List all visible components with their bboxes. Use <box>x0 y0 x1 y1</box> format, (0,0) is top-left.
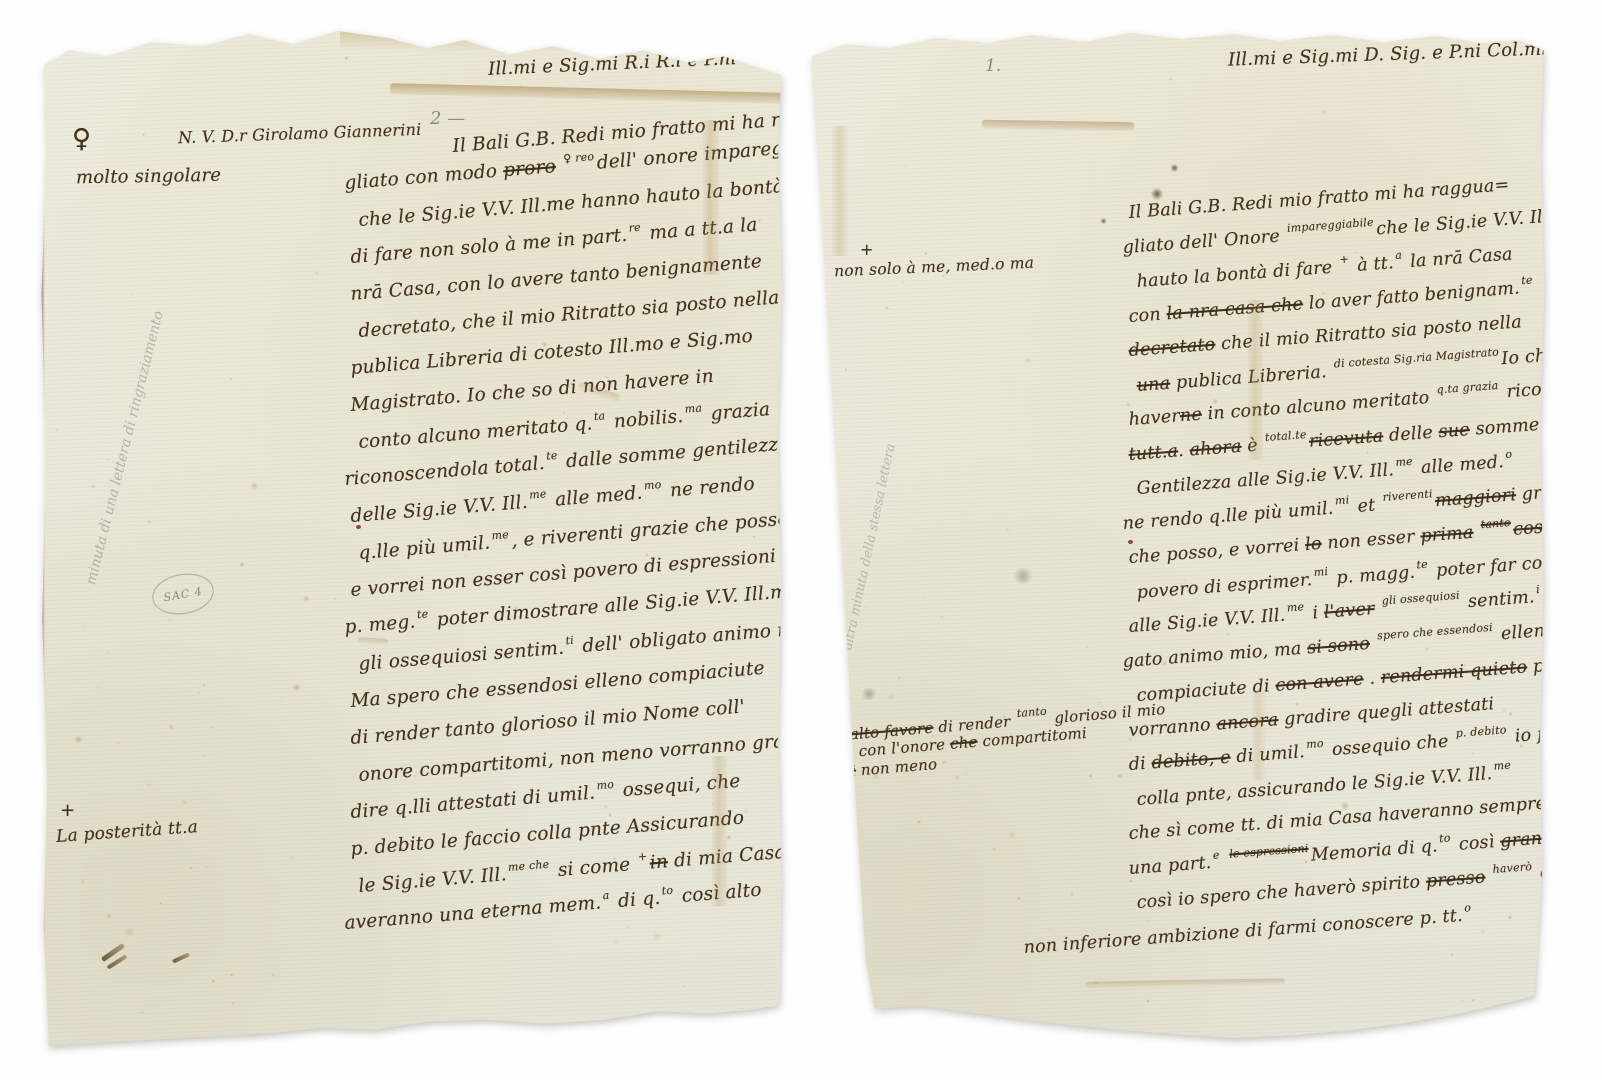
foxing-spot <box>80 879 84 884</box>
foxing-spot <box>231 1001 235 1006</box>
tape-strip <box>832 126 848 256</box>
foxing-spot <box>159 902 162 905</box>
word: delle Sig.ie V.V. Ill. <box>350 492 529 527</box>
word: hanno <box>1575 200 1602 224</box>
foxing-spot <box>703 382 707 387</box>
word: p. meg. <box>344 611 417 638</box>
word: dell' obbli. <box>1542 579 1602 606</box>
struck-word: contro <box>1562 340 1602 364</box>
foxing-spot <box>1322 292 1325 295</box>
pencil-page-number: 1. <box>985 56 1001 76</box>
foxing-spot <box>281 697 284 699</box>
struck-word: la nra casa che <box>1166 294 1304 324</box>
foxing-spot <box>711 802 715 805</box>
foxing-spot <box>1519 744 1523 748</box>
inserted-word: tanto <box>1480 516 1511 531</box>
inserted-word: me <box>529 487 547 501</box>
foxing-spot <box>1461 999 1464 1002</box>
word: che le Sig.ie V.V. Ill. <box>1376 206 1555 239</box>
foxing-spot <box>753 535 756 538</box>
foxing-spot <box>614 939 618 944</box>
manuscript-page-left-wrap: Ill.mi e Sig.mi R.i R.i e P.ni Col.mi 2 … <box>40 28 784 1048</box>
foxing-spot <box>1146 999 1150 1003</box>
inserted-word: ♀ reo <box>563 150 595 165</box>
foxing-spot <box>542 342 547 347</box>
foxing-spot <box>1345 1006 1348 1008</box>
foxing-spot <box>203 755 205 757</box>
foxing-spot <box>271 973 276 977</box>
ink-blot <box>1100 218 1107 224</box>
foxing-spot <box>125 926 134 938</box>
word <box>1221 851 1228 871</box>
inserted-word: p. debito <box>1455 723 1507 740</box>
foxing-spot <box>85 863 88 865</box>
manuscript-page-right: Ill.mi e Sig.mi D. Sig. e P.ni Col.mi 1.… <box>800 28 1548 1040</box>
struck-word: rendermi quieto <box>1380 657 1528 688</box>
foxing-spot <box>191 28 195 31</box>
foxing-spot <box>198 692 200 694</box>
foxing-spot <box>759 984 761 986</box>
inserted-word: + <box>1339 252 1349 266</box>
word: di <box>1534 862 1558 884</box>
inserted-word: impareggiabile <box>1287 215 1375 234</box>
inserted-word: te <box>546 449 558 463</box>
insertion-cross-mark: ♀ <box>72 124 91 154</box>
foxing-spot <box>291 856 293 858</box>
word: p. <box>1526 656 1550 678</box>
foxing-spot <box>898 676 901 680</box>
word: poter far conosc. <box>1430 549 1591 581</box>
foxing-spot <box>1146 919 1149 922</box>
foxing-spot <box>1471 999 1475 1003</box>
salutation-header: Ill.mi e Sig.mi D. Sig. e P.ni Col.mi <box>1228 38 1548 70</box>
struck-word: debito, e <box>1151 748 1231 774</box>
foxing-spot <box>107 651 110 655</box>
struck-word: si sono <box>1307 633 1371 658</box>
foxing-spot <box>74 736 83 743</box>
manuscript-scan: { "accent_colors": { "paper": "#eae8d9",… <box>0 0 1602 1080</box>
word: di umil. <box>1230 742 1306 767</box>
tape-strip <box>1248 300 1263 460</box>
tape-strip <box>1252 690 1265 780</box>
foxing-spot <box>714 740 719 746</box>
foxing-spot <box>1405 52 1409 55</box>
struck-word: maggiori <box>1434 485 1516 511</box>
word: di q. <box>611 888 661 913</box>
underline-stain <box>1085 978 1285 987</box>
word: Memoria di q. <box>1310 836 1438 865</box>
manuscript-page-left: Ill.mi e Sig.mi R.i R.i e P.ni Col.mi 2 … <box>40 28 784 1048</box>
foxing-spot <box>80 40 82 42</box>
word: con <box>1553 514 1592 537</box>
foxing-spot <box>843 648 846 651</box>
struck-word: così <box>825 762 857 782</box>
foxing-spot <box>631 791 636 796</box>
foxing-spot <box>1207 449 1210 451</box>
foxing-spot <box>874 774 878 779</box>
word: riconoscend. <box>1500 374 1602 403</box>
foxing-spot <box>1481 929 1486 933</box>
foxing-spot <box>992 847 996 851</box>
foxing-spot <box>825 916 827 918</box>
foxing-spot <box>514 606 517 610</box>
foxing-spot <box>888 694 895 700</box>
foxing-spot <box>1162 660 1167 666</box>
top-edge-discoloration <box>340 26 784 54</box>
word: i <box>1306 603 1325 624</box>
foxing-spot <box>596 40 598 42</box>
foxing-spot <box>845 368 847 371</box>
foxing-spot <box>1169 950 1172 952</box>
word: le Sig.ie V.V. Ill. <box>358 864 508 897</box>
red-ink-dot <box>1128 540 1133 544</box>
scan-background: Ill.mi e Sig.mi R.i R.i e P.ni Col.mi 2 … <box>0 0 1602 1080</box>
word: alle med. <box>1415 452 1505 478</box>
foxing-spot <box>885 306 889 310</box>
word: sentim. <box>1462 587 1536 612</box>
letter-body-page2: Il Bali G.B. Redi mio fratto mi ha raggu… <box>1130 196 1554 965</box>
foxing-spot <box>314 271 318 275</box>
foxing-spot <box>901 281 904 284</box>
foxing-spot <box>1465 499 1468 501</box>
foxing-spot <box>683 985 686 988</box>
struck-word: l'aver <box>1323 599 1375 623</box>
foxing-spot <box>1502 708 1506 713</box>
tape-strip <box>712 756 727 906</box>
margin-note-posterita: La posterità tt.a <box>55 817 198 847</box>
inserted-word: ma <box>684 401 702 415</box>
foxing-spot <box>147 783 151 787</box>
foxing-spot <box>848 961 852 964</box>
foxing-spot <box>1476 159 1479 161</box>
foxing-spot <box>604 805 608 808</box>
foxing-spot <box>96 687 98 690</box>
inserted-word: alto favore <box>1571 817 1602 835</box>
foxing-spot <box>819 624 828 632</box>
foxing-spot <box>421 921 424 925</box>
foxing-spot <box>230 378 233 380</box>
word: Io che <box>1501 344 1564 368</box>
foxing-spot <box>461 945 463 947</box>
foxing-spot <box>843 800 846 804</box>
inserted-word: gli ossequiosi <box>1381 589 1460 608</box>
word: alle Sig.ie V.V. Ill. <box>1128 606 1286 637</box>
word: non esser <box>1321 527 1421 554</box>
foxing-spot <box>965 772 967 775</box>
foxing-spot <box>84 625 86 627</box>
foxing-spot <box>1321 111 1326 115</box>
foxing-spot <box>1002 714 1005 718</box>
foxing-spot <box>508 645 510 647</box>
foxing-spot <box>942 275 945 277</box>
bottom-cross-mark: + <box>60 800 75 821</box>
struck-word: con avere <box>1275 669 1365 695</box>
foxing-spot <box>91 484 95 488</box>
struck-word: ricevuta <box>1308 426 1384 451</box>
foxing-spot <box>1183 579 1186 583</box>
foxing-spot <box>1008 830 1016 840</box>
inserted-word: ta <box>593 409 605 423</box>
foxing-spot <box>1508 712 1513 716</box>
foxing-spot <box>1005 528 1009 531</box>
struck-word: presso <box>1425 867 1486 891</box>
foxing-spot <box>1094 982 1097 985</box>
foxing-spot <box>106 458 110 462</box>
struck-word: grande <box>1500 827 1565 852</box>
foxing-spot <box>239 562 245 567</box>
foxing-spot <box>591 825 596 830</box>
word: ma a tt.a la <box>643 214 759 244</box>
collection-stamp: SAC 4 <box>149 569 217 619</box>
word: ossequio che <box>1325 731 1455 760</box>
foxing-spot <box>334 598 337 600</box>
struck-word: che <box>949 733 978 753</box>
foxing-spot <box>1212 399 1219 404</box>
ink-blot <box>1170 164 1179 172</box>
inserted-word: o <box>1464 901 1472 914</box>
word: elleno <box>1494 619 1562 644</box>
word: alle med. <box>548 483 643 511</box>
foxing-spot <box>405 764 407 766</box>
word: gliato dell' Onore <box>1122 226 1286 258</box>
letter-body-page1: Il Bali G.B. Redi mio fratto mi ha raggu… <box>352 128 798 942</box>
foxing-spot <box>230 973 233 977</box>
struck-word: decretato <box>1128 335 1216 361</box>
inserted-word: total.te <box>1265 427 1307 443</box>
word <box>555 156 563 177</box>
foxing-spot <box>169 724 174 730</box>
inserted-word: a <box>602 889 610 903</box>
insertion-cross-mark: + <box>860 240 874 259</box>
inserted-word: to <box>661 884 673 898</box>
foxing-spot <box>613 857 616 859</box>
word: la nrā Casa <box>1404 244 1514 272</box>
inserted-word: a <box>1395 249 1403 262</box>
foxing-spot <box>924 252 928 255</box>
foxing-spot <box>140 1011 144 1014</box>
foxing-spot <box>426 979 428 981</box>
foxing-spot <box>857 837 859 839</box>
inserted-word: me <box>1493 758 1511 772</box>
foxing-spot <box>922 597 924 599</box>
foxing-spot <box>543 964 545 966</box>
foxing-spot <box>1341 585 1344 589</box>
foxing-spot <box>1128 737 1132 742</box>
word: somme <box>1469 414 1540 439</box>
inserted-word: le espressioni <box>1229 841 1309 860</box>
foxing-spot <box>1491 841 1494 843</box>
foxing-spot <box>145 830 148 833</box>
foxing-spot <box>1450 953 1453 956</box>
inserted-word: me <box>1555 200 1573 214</box>
foxing-spot <box>202 684 207 688</box>
foxing-spot <box>116 741 120 745</box>
inserted-word: re <box>628 221 641 235</box>
word: con <box>1128 304 1167 327</box>
inserted-word: haverò <box>1492 860 1532 876</box>
foxing-spot <box>866 272 868 275</box>
struck-word: ancora <box>1216 710 1279 734</box>
foxing-spot <box>344 56 349 60</box>
word: à tt. <box>1351 253 1395 276</box>
inserted-word: me che <box>507 858 549 874</box>
word: ne rendo <box>663 474 756 502</box>
foxing-spot <box>129 77 131 79</box>
word: q.lle più umil. <box>358 532 491 564</box>
word <box>1473 522 1480 542</box>
word <box>1374 599 1381 619</box>
foxing-spot <box>1471 752 1475 755</box>
foxing-spot <box>106 914 112 919</box>
word: gato animo mio, ma <box>1122 638 1308 671</box>
word <box>1563 826 1570 846</box>
word: che posso, e vorrei <box>1128 535 1306 568</box>
struck-word: tutt.a <box>1128 441 1179 465</box>
word: . <box>1363 668 1382 689</box>
foxing-spot <box>596 687 598 689</box>
foxing-spot <box>1089 774 1092 778</box>
word: grazia <box>704 399 771 425</box>
foxing-spot <box>690 867 694 870</box>
foxing-spot <box>1086 646 1089 648</box>
struck-word: prima <box>1420 523 1475 547</box>
inserted-word: + <box>637 850 647 864</box>
inserted-word: ti <box>565 634 574 648</box>
word: nobilis. <box>607 406 684 433</box>
foxing-spot <box>413 775 416 778</box>
foxing-spot <box>1304 860 1309 864</box>
foxing-spot <box>673 480 678 485</box>
word: delle <box>1382 422 1439 446</box>
margin-note-molto-singolare: molto singolare <box>76 165 222 189</box>
pencil-smudge <box>1012 568 1034 584</box>
word <box>844 725 850 743</box>
margin-draft-note: con alto favore di render tanto glorioso… <box>818 728 1148 782</box>
struck-word: con <box>817 726 846 746</box>
foxing-spot <box>1026 358 1030 363</box>
foxing-spot <box>142 133 145 136</box>
foxing-spot <box>955 775 959 780</box>
foxing-spot <box>131 294 133 295</box>
ink-blot <box>1150 188 1164 200</box>
foxing-spot <box>890 726 894 730</box>
inserted-word: i <box>1536 583 1541 596</box>
struck-word: una <box>1136 373 1171 395</box>
inserted-word: me <box>1395 455 1413 469</box>
foxing-spot <box>914 268 916 270</box>
inserted-word: q.ta grazia <box>1436 379 1499 397</box>
foxing-spot <box>477 724 482 730</box>
inserted-word: mi <box>1313 564 1328 578</box>
word: gliato con modo <box>344 160 504 194</box>
foxing-spot <box>520 85 522 88</box>
foxing-spot <box>1169 78 1172 81</box>
foxing-spot <box>1070 892 1074 896</box>
inserted-word: o <box>1505 447 1513 460</box>
page-left-dark-edge <box>40 62 45 1020</box>
foxing-spot <box>147 520 152 525</box>
word: grazie <box>1515 480 1578 504</box>
foxing-spot <box>1354 251 1357 253</box>
inserted-word: mo <box>1306 737 1324 751</box>
inserted-word: te <box>416 607 428 621</box>
inserted-word: to <box>1439 831 1451 845</box>
struck-word: ahora <box>1189 436 1242 460</box>
pencil-smudge <box>860 688 878 700</box>
inserted-word: me <box>1286 600 1304 614</box>
foxing-spot <box>931 734 935 738</box>
foxing-spot <box>182 800 187 806</box>
inserted-word: riverenti <box>1382 487 1433 504</box>
foxing-spot <box>675 462 678 465</box>
foxing-spot <box>292 684 301 691</box>
foxing-spot <box>904 165 907 168</box>
foxing-spot <box>1064 822 1066 824</box>
foxing-spot <box>250 482 259 490</box>
struck-word: in <box>649 851 669 873</box>
foxing-spot <box>1463 663 1467 667</box>
inserted-word: te <box>1521 273 1533 287</box>
inserted-word: e <box>1590 545 1598 558</box>
foxing-spot <box>943 760 948 765</box>
foxing-spot <box>822 309 824 311</box>
tape-stain-horizontal <box>982 120 1134 132</box>
foxing-spot <box>55 428 59 432</box>
foxing-spot <box>562 411 566 414</box>
word: haver <box>1128 406 1181 430</box>
inserted-word: mi <box>1335 493 1350 507</box>
foxing-spot <box>189 866 192 869</box>
foxing-spot <box>917 820 920 824</box>
foxing-spot <box>211 726 214 728</box>
inserted-word: me <box>491 528 509 542</box>
foxing-spot <box>211 979 215 983</box>
pencil-archivist-note-vertical: altra minuta della stessa lettera <box>832 418 908 677</box>
foxing-spot <box>1458 225 1461 228</box>
struck-word: cosa <box>1513 517 1555 540</box>
struck-word: sue <box>1438 420 1471 442</box>
struck-word: ne <box>1179 405 1202 427</box>
foxing-spot <box>205 866 208 868</box>
tape-stain-horizontal <box>390 83 782 104</box>
word <box>1485 867 1492 887</box>
word: una part. <box>1128 852 1212 878</box>
word <box>1369 633 1376 653</box>
struck-word: lo <box>1304 534 1322 555</box>
word: si come <box>551 854 637 882</box>
red-ink-dot <box>356 525 361 529</box>
inserted-word: tanto <box>1016 705 1047 720</box>
foxing-spot <box>1017 897 1021 900</box>
foxing-spot <box>940 615 943 619</box>
foxing-spot <box>168 619 171 621</box>
foxing-spot <box>1117 774 1122 778</box>
foxing-spot <box>1341 63 1344 66</box>
foxing-spot <box>1366 451 1369 454</box>
foxing-spot <box>303 595 310 602</box>
foxing-spot <box>1313 399 1317 403</box>
foxing-spot <box>268 122 270 124</box>
inserted-word: e <box>1212 848 1220 861</box>
word: et <box>1351 495 1382 517</box>
foxing-spot <box>865 606 867 608</box>
foxing-spot <box>843 766 848 770</box>
manuscript-page-right-wrap: Ill.mi e Sig.mi D. Sig. e P.ni Col.mi 1.… <box>800 28 1548 1040</box>
inserted-word: mo <box>596 778 614 792</box>
inserted-word: te <box>1416 557 1428 571</box>
foxing-spot <box>627 926 630 929</box>
tape-strip <box>703 120 719 275</box>
